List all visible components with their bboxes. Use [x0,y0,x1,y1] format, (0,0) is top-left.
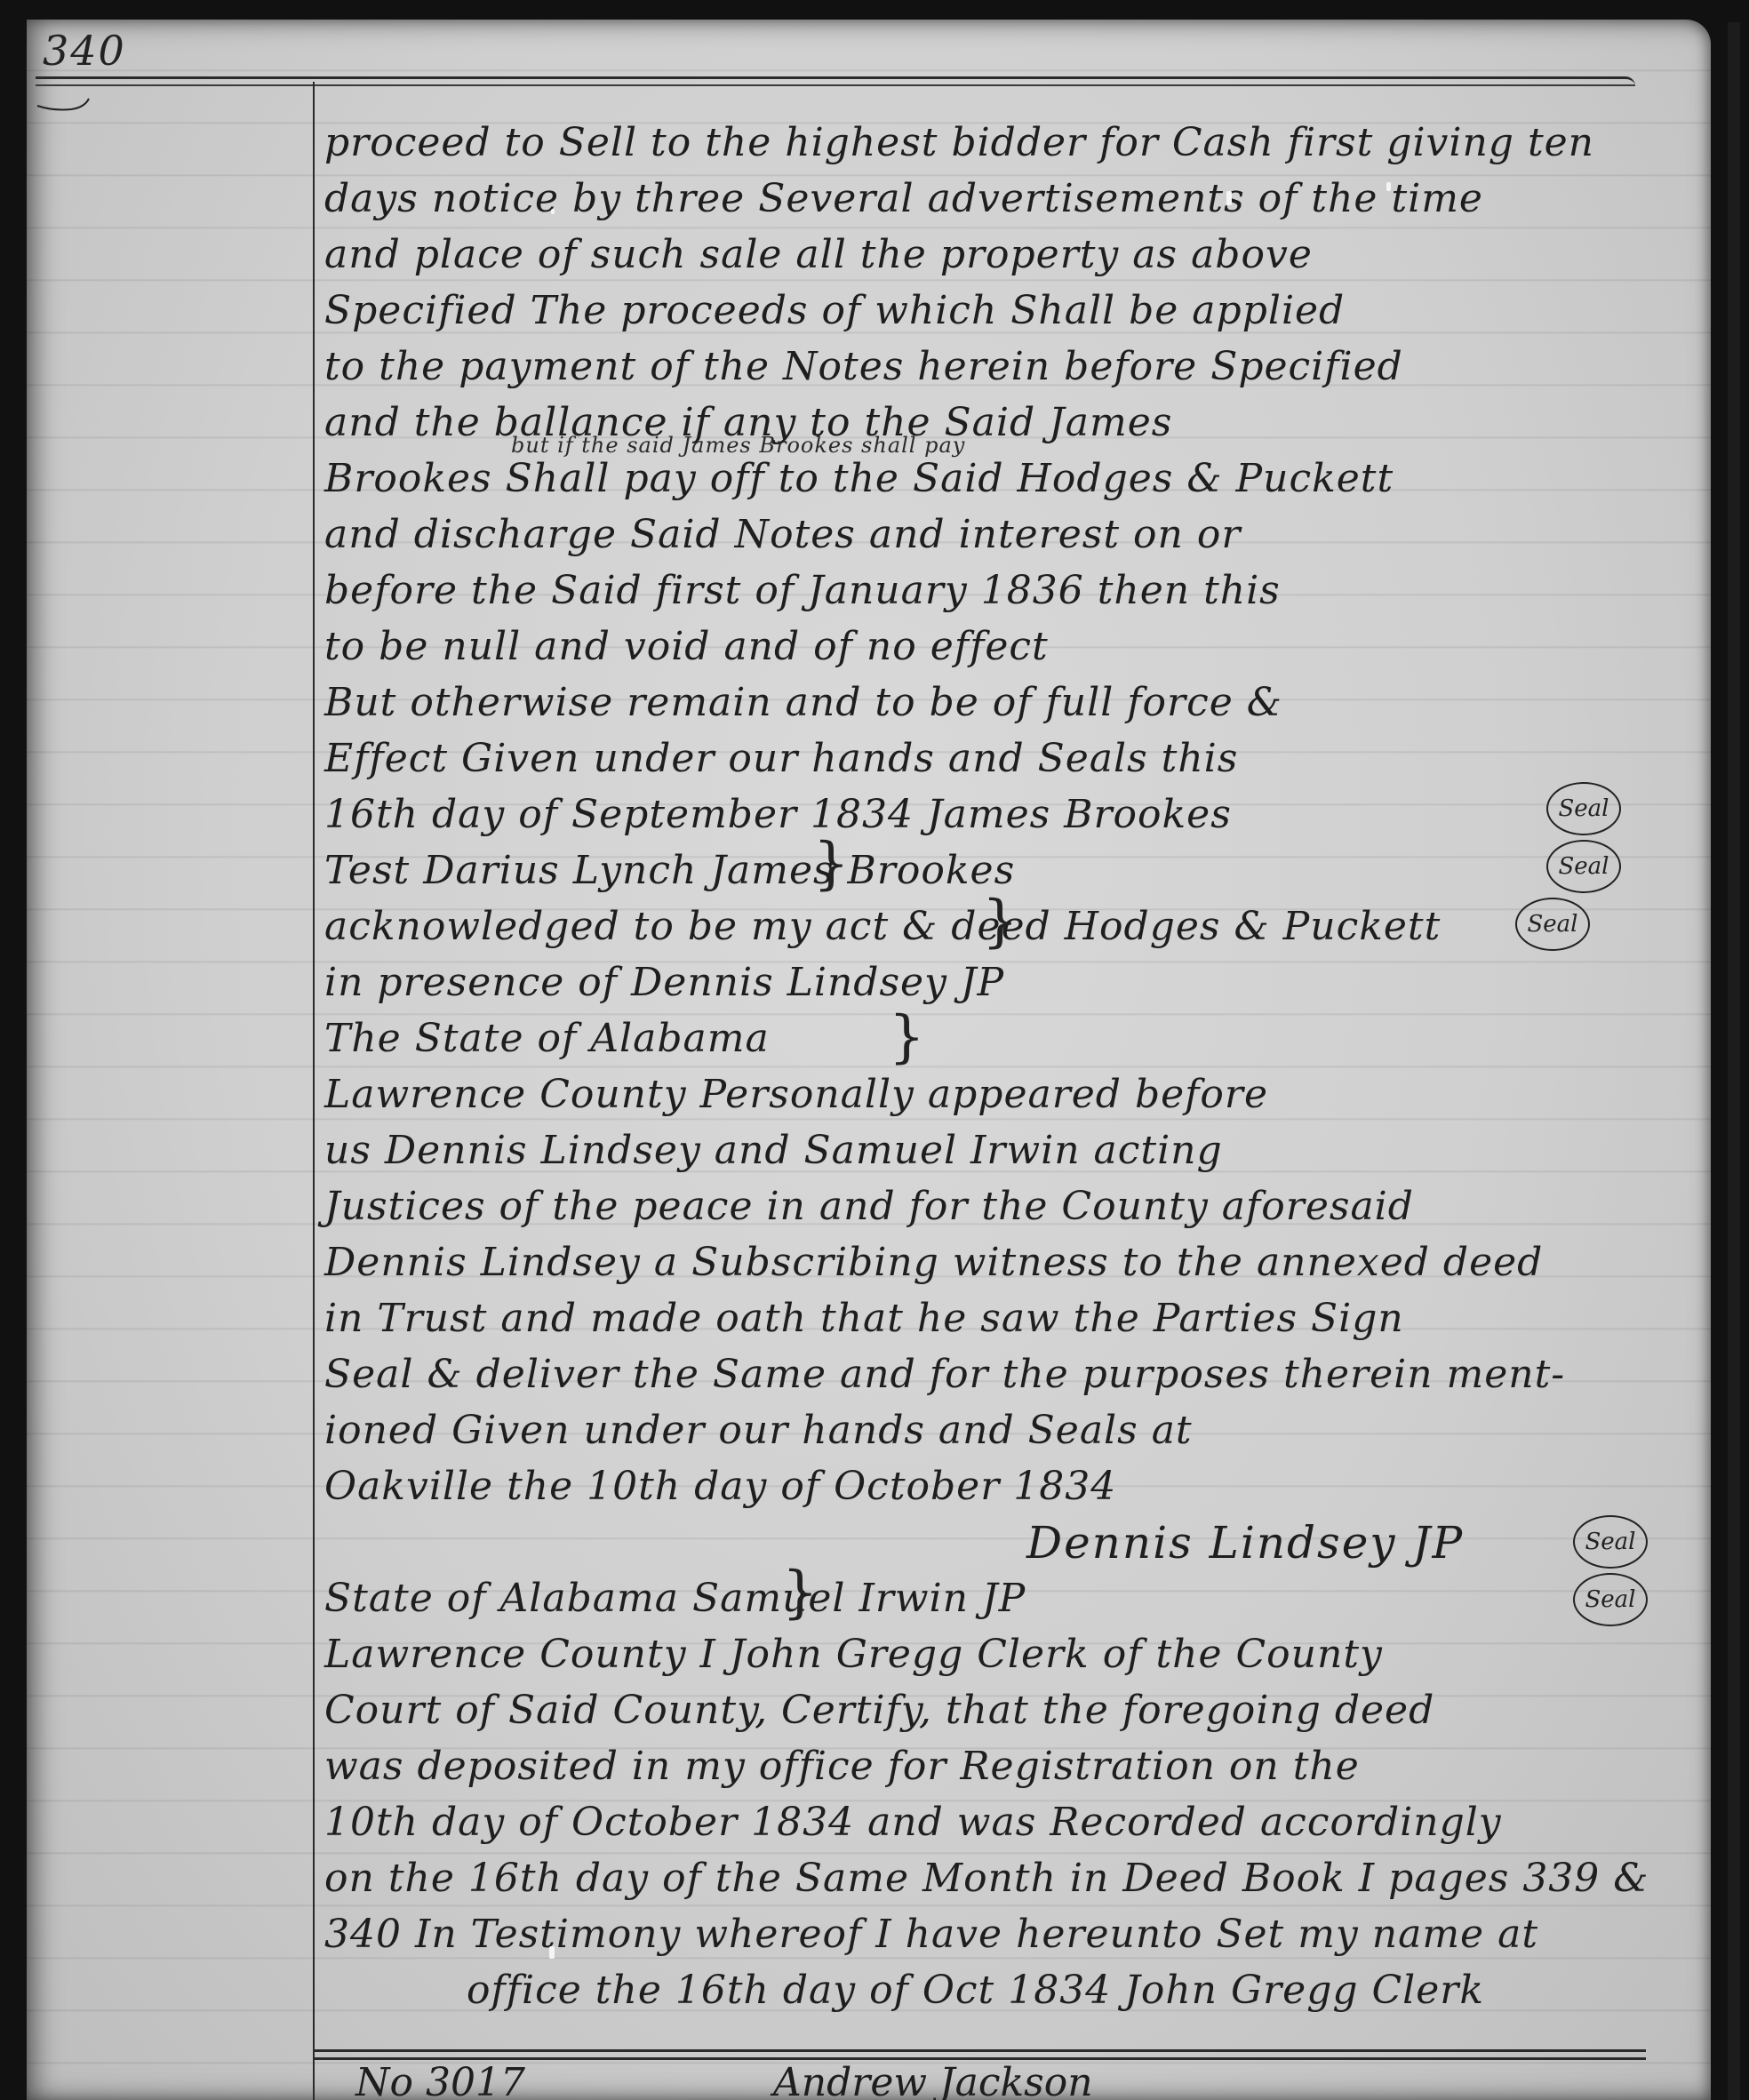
text-line: proceed to Sell to the highest bidder fo… [324,120,1594,165]
brace-icon: } [889,1004,925,1070]
seal-icon: Seal [1573,1573,1648,1626]
text-line: and discharge Said Notes and interest on… [324,512,1241,557]
scan-speck [1386,182,1391,191]
page-number: 340 [43,27,126,75]
text-line: Brookes Shall pay off to the Said Hodges… [324,456,1394,501]
text-line: to be null and void and of no effect [324,624,1049,669]
text-line: The State of Alabama [324,1016,770,1061]
text-line: Dennis Lindsey a Subscribing witness to … [324,1240,1543,1285]
text-line: Lawrence County Personally appeared befo… [324,1072,1268,1117]
text-line: 340 In Testimony whereof I have hereunto… [324,1912,1538,1957]
text-line: was deposited in my office for Registrat… [324,1744,1360,1789]
text-line: Justices of the peace in and for the Cou… [324,1184,1414,1229]
text-line: days notice by three Several advertiseme… [324,176,1483,221]
margin-mark-icon [36,93,107,129]
text-line: to the payment of the Notes herein befor… [324,344,1403,389]
text-line: acknowledged to be my act & deed Hodges … [324,904,1441,949]
text-line: us Dennis Lindsey and Samuel Irwin actin… [324,1128,1223,1173]
text-line: But otherwise remain and to be of full f… [324,680,1282,725]
text-line: before the Said first of January 1836 th… [324,568,1281,613]
seal-icon: Seal [1546,782,1621,835]
brace-icon: } [982,889,1018,954]
text-line: Court of Said County, Certify, that the … [324,1688,1434,1733]
text-line: in Trust and made oath that he saw the P… [324,1296,1404,1341]
text-line: office the 16th day of Oct 1834 John Gre… [467,1968,1484,2013]
scan-speck [549,1946,555,1959]
text-line: Seal & deliver the Same and for the purp… [324,1352,1565,1397]
bottom-rule [313,2049,1646,2060]
text-line: Test Darius Lynch James Brookes [324,848,1015,893]
text-line: in presence of Dennis Lindsey JP [324,960,1004,1005]
next-entry-number: No 3017 [355,2060,525,2100]
margin-rule [313,82,315,2100]
seal-icon: Seal [1515,898,1590,951]
seal-icon: Seal [1573,1515,1648,1569]
text-line: and place of such sale all the property … [324,232,1313,277]
scan-speck [551,209,555,214]
brace-icon: } [813,831,850,897]
text-line: 16th day of September 1834 James Brookes [324,792,1232,837]
signature-dennis-lindsey: Dennis Lindsey JP [1026,1517,1464,1569]
scan-speck [1226,191,1232,205]
text-line: State of Alabama Samuel Irwin JP [324,1576,1026,1621]
text-line: Specified The proceeds of which Shall be… [324,288,1345,333]
brace-icon: } [782,1560,819,1625]
page-right-edge [1728,22,1740,2100]
text-line: 10th day of October 1834 and was Recorde… [324,1800,1502,1845]
text-line: on the 16th day of the Same Month in Dee… [324,1856,1649,1901]
text-line: ioned Given under our hands and Seals at [324,1408,1193,1453]
interlinear-note: but if the said James Brookes shall pay [511,433,965,458]
next-entry-name: Andrew Jackson [773,2060,1093,2100]
text-line: Effect Given under our hands and Seals t… [324,736,1238,781]
text-line: Oakville the 10th day of October 1834 [324,1464,1116,1509]
seal-icon: Seal [1546,840,1621,893]
top-rule [36,76,1635,86]
text-line: Lawrence County I John Gregg Clerk of th… [324,1632,1383,1677]
